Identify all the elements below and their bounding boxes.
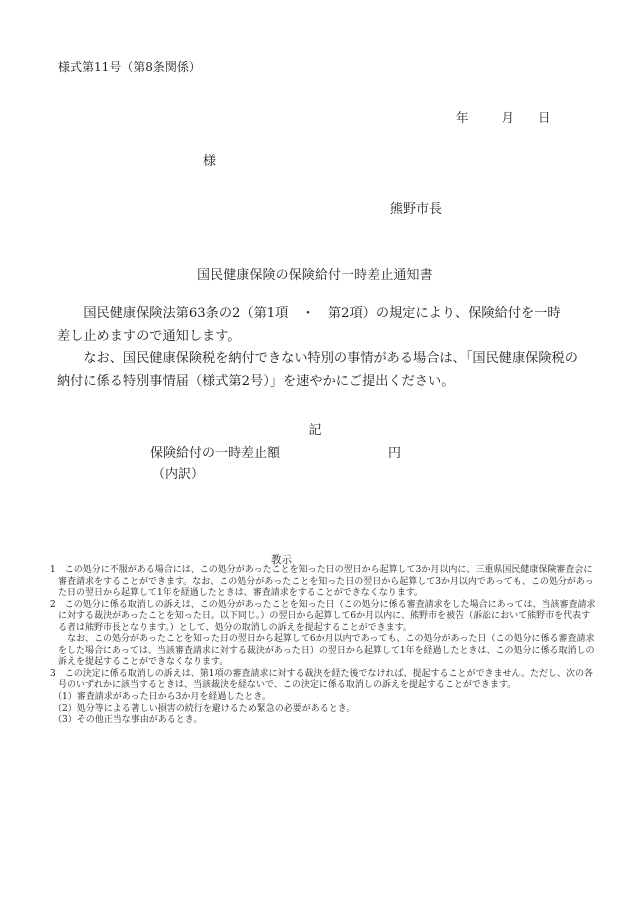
instructions-list: 1 この処分に不服がある場合には、この処分があったことを知った日の翌日から起算し…: [0, 565, 630, 727]
body-line: 差し止めますので通知します。: [57, 326, 597, 349]
body-line: なお、国民健康保険税を納付できない特別の事情がある場合は、「国民健康保険税の: [57, 348, 597, 371]
instruction-line: （2）処分等による著しい損害の続行を避けるため緊急の必要があるとき。: [0, 704, 630, 716]
instruction-line: た日の翌日から起算して1年を経過したときは、審査請求をすることができなくなります…: [0, 588, 630, 600]
instruction-line: 1 この処分に不服がある場合には、この処分があったことを知った日の翌日から起算し…: [0, 565, 630, 577]
issue-date: 年月日: [456, 108, 551, 126]
instruction-line: 号のいずれかに該当するときは、当該裁決を経ないで、この決定に係る取消しの訴えを提…: [0, 680, 630, 692]
sender-name: 熊野市長: [390, 198, 442, 217]
instruction-line: 審査請求をすることができます。なお、この処分があったことを知った日の翌日から起算…: [0, 577, 630, 589]
amount-unit-yen: 円: [388, 442, 401, 461]
notice-document-page: 様式第11号（第8条関係） 年月日 様 熊野市長 国民健康保険の保険給付一時差止…: [0, 0, 630, 903]
instruction-line: 2 この処分に係る取消しの訴えは、この処分があったことを知った日（この処分に係る…: [0, 600, 630, 612]
amount-label: 保険給付の一時差止額: [150, 442, 280, 461]
instruction-line: をした場合にあっては、当該審査請求に対する裁決があった日）の翌日から起算して1年…: [0, 646, 630, 658]
instruction-line: に対する裁決があったことを知った日。以下同じ。）の翌日から起算して6か月以内に、…: [0, 611, 630, 623]
instruction-line: 3 この決定に係る取消しの訴えは、第1項の審査請求に対する裁決を経た後でなければ…: [0, 669, 630, 681]
ki-label: 記: [0, 419, 630, 438]
date-day-label: 日: [538, 110, 551, 125]
breakdown-label: （内訳）: [152, 463, 204, 482]
recipient-honorific: 様: [203, 150, 216, 169]
document-title: 国民健康保険の保険給付一時差止通知書: [0, 264, 630, 283]
form-number: 様式第11号（第8条関係）: [58, 58, 201, 75]
body-line: 納付に係る特別事情届（様式第2号）」を速やかにご提出ください。: [57, 371, 597, 394]
instruction-line: なお、この処分があったことを知った日の翌日から起算して6か月以内であっても、この…: [0, 634, 630, 646]
instruction-line: （3）その他正当な事由があるとき。: [0, 715, 630, 727]
instruction-line: る者は熊野市長となります。）として、処分の取消しの訴えを提起することができます。: [0, 623, 630, 635]
body-text: 国民健康保険法第63条の2（第1項 ・ 第2項）の規定により、保険給付を一時差し…: [57, 303, 597, 393]
date-month-label: 月: [502, 110, 515, 125]
date-year-label: 年: [456, 110, 469, 125]
instruction-line: （1）審査請求があった日から3か月を経過したとき。: [0, 692, 630, 704]
body-line: 国民健康保険法第63条の2（第1項 ・ 第2項）の規定により、保険給付を一時: [57, 303, 597, 326]
instruction-line: 訴えを提起することができなくなります。: [0, 657, 630, 669]
